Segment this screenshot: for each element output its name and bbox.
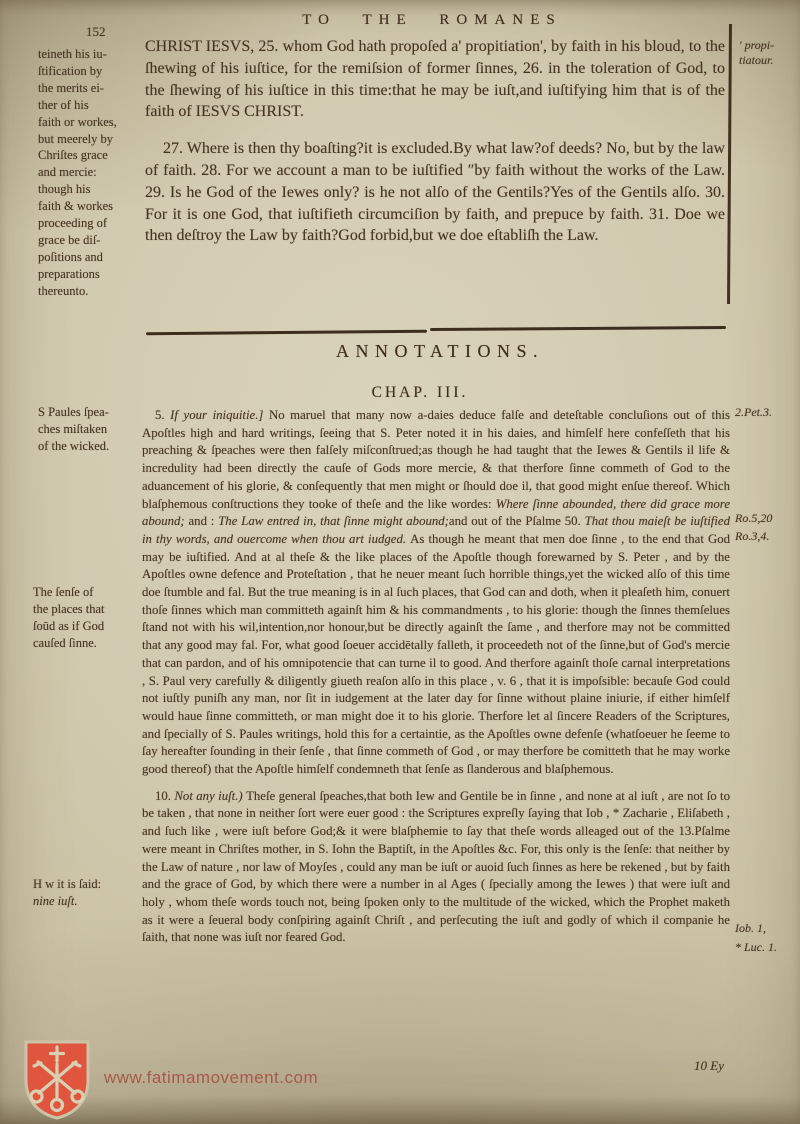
margin-note-line: ther of his [38,97,144,114]
margin-note-line: proceeding of [38,215,144,232]
annotations-heading: ANNOTATIONS. [290,341,590,362]
margin-note-line: the places that [33,601,145,618]
annotation-margin-note-3: H w it is ſaid: nine iuſt. [33,876,145,910]
scripture-reference: 2.Pet.3. [735,405,797,420]
scripture-margin-notes: teineth his iu- ſtification by the merit… [38,46,144,300]
annotation-text: Theſe general ſpeaches,that both Iew and… [142,789,730,945]
annotation-margin-note-2: The ſenſe of the places that ſoūd as if … [33,584,145,652]
scripture-paragraph-verses-27-31: 27. Where is then thy boaſting?it is exc… [145,138,725,247]
margin-note-line: thereunto. [38,283,144,300]
lemma: If your iniquitie.] [170,408,269,422]
margin-note-line: though his [38,181,144,198]
margin-note-line: teineth his iu- [38,46,144,63]
annotation-text: No maruel that many now a-daies deduce f… [142,408,730,511]
margin-note-line: H w it is ſaid: [33,876,145,893]
margin-note-line: faith & workes [38,198,144,215]
annotation-paragraph-5: 5. If your iniquitie.] No maruel that ma… [142,407,730,779]
margin-note-line: but meerely by [38,131,144,148]
scripture-reference: Iob. 1, [735,921,797,936]
scripture-paragraph-continuation: CHRIST IESVS, 25. whom God hath propoſed… [145,36,725,123]
quoted-scripture: The Law entred in, that ſinne might abou… [218,514,449,528]
page-signature: 10 Ey [694,1058,724,1074]
margin-note-line: S Paules ſpea- [38,404,144,421]
scripture-reference: Ro.3,4. [735,529,797,544]
scripture-reference: Ro.5,20 [735,511,797,526]
verse-number: 5. [155,408,170,422]
annotation-margin-note-1: S Paules ſpea- ches miſtaken of the wick… [38,404,144,455]
margin-note-line: poſitions and [38,249,144,266]
page-number: 152 [86,24,106,40]
margin-note-line: ſtification by [38,63,144,80]
section-divider-left [146,330,427,335]
margin-note-line: nine iuſt. [33,893,145,910]
scripture-reference: * Luc. 1. [735,940,797,955]
margin-note-line: ches miſtaken [38,421,144,438]
crossed-keys-shield-icon [18,1036,96,1122]
annotation-paragraph-10: 10. Not any iuſt.) Theſe general ſpeache… [142,788,730,947]
verse-number: 10. [155,789,174,803]
annotation-text: and : [188,514,218,528]
scripture-text: CHRIST IESVS, 25. whom God hath propoſed… [145,36,725,247]
margin-note-line: ſoūd as if God [33,618,145,635]
margin-note-line: tiatour. [739,53,797,68]
annotation-text: As though he meant that men doe ſinne , … [142,532,730,776]
annotations-body: 5. If your iniquitie.] No maruel that ma… [142,407,730,947]
margin-note-line: faith or workes, [38,114,144,131]
chapter-heading: CHAP. III. [310,384,530,402]
margin-note-line: and mercie: [38,164,144,181]
margin-note-line: the merits ei- [38,80,144,97]
right-margin-note-propitiatour: ' propi- tiatour. [739,38,797,68]
crossed-keys-shield-svg [18,1036,96,1122]
margin-note-line: of the wicked. [38,438,144,455]
margin-note-line: grace be diſ- [38,232,144,249]
margin-note-line: cauſed ſinne. [33,635,145,652]
margin-note-line: ' propi- [739,38,797,53]
margin-note-line: Chriſtes grace [38,147,144,164]
running-title: TO THE ROMANES [292,12,572,29]
annotation-text: and out of the Pſalme 50. [449,514,585,528]
section-divider-right [430,326,726,331]
column-rule [727,24,731,304]
margin-note-line: The ſenſe of [33,584,145,601]
lemma: Not any iuſt.) [174,789,246,803]
scanned-page: TO THE ROMANES 152 teineth his iu- ſtifi… [0,0,800,1124]
watermark-url: www.fatimamovement.com [104,1068,318,1088]
margin-note-line: preparations [38,266,144,283]
